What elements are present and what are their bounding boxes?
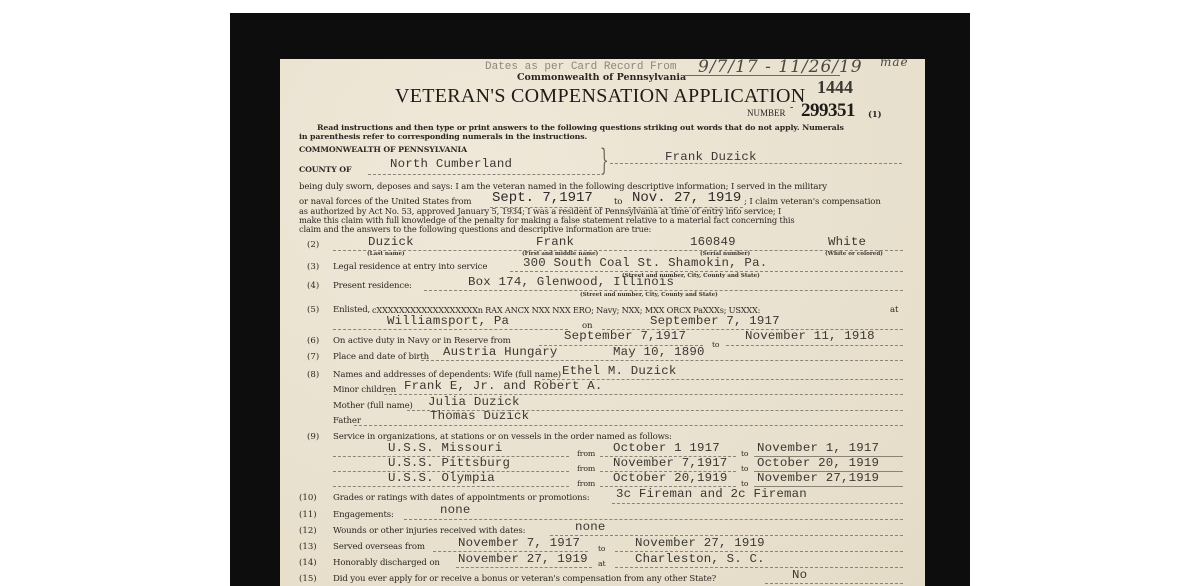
present-residence-field: Box 174, Glenwood, Illinois [468, 275, 674, 289]
commonwealth-heading: Commonwealth of Pennsylvania [517, 72, 686, 83]
active-duty-from-field: September 7,1917 [564, 329, 686, 343]
race-field: White [828, 235, 866, 249]
q3-underline [510, 271, 903, 272]
serial-number-field: 160849 [690, 235, 736, 249]
active-duty-to-field: November 11, 1918 [745, 329, 875, 343]
q13-label: Served overseas from [333, 542, 425, 552]
q14-label: Honorably discharged on [333, 558, 440, 568]
q14-date-underline [456, 567, 592, 568]
enlist-place-underline [333, 329, 568, 330]
q14-place-underline [615, 567, 903, 568]
q14-number: (14) [299, 558, 317, 568]
q10-underline [612, 503, 903, 504]
q15-number: (15) [299, 574, 317, 584]
q5-label: Enlisted, [333, 305, 370, 315]
enlistment-date-field: September 7, 1917 [650, 314, 780, 328]
q3-number: (3) [307, 262, 319, 272]
application-number: 299351 [801, 100, 855, 122]
overseas-from-field: November 7, 1917 [458, 536, 580, 550]
service-row-3-vessel: U.S.S. Olympia [388, 471, 495, 485]
served-from-field: Sept. 7,1917 [492, 190, 593, 206]
father-name-field: Thomas Duzick [430, 409, 529, 423]
q4-label: Present residence: [333, 281, 412, 291]
county-field: North Cumberland [390, 157, 512, 171]
number-ref: (1) [868, 109, 881, 119]
number-label: NUMBER [747, 108, 786, 118]
q6-to-underline [726, 345, 903, 346]
true-text: claim and the answers to the following q… [299, 224, 651, 234]
q7-number: (7) [307, 352, 319, 362]
q12-number: (12) [299, 526, 317, 536]
service-row-3-from-label: from [577, 479, 595, 488]
q5-at-label: at [890, 305, 898, 315]
q10-number: (10) [299, 493, 317, 503]
service-row-1-to-label: to [741, 449, 748, 458]
minor-children-field: Frank E, Jr. and Robert A. [404, 379, 603, 393]
service-row-2-from-label: from [577, 464, 595, 473]
q4-underline [424, 290, 903, 291]
q11-label: Engagements: [333, 510, 394, 520]
service-row-3-vessel-underline [333, 486, 569, 487]
form-title: VETERAN'S COMPENSATION APPLICATION [395, 85, 806, 108]
enlistment-place-field: Williamsport, Pa [387, 314, 509, 328]
county-underline [368, 174, 600, 175]
number-dash: - [790, 102, 793, 113]
q4-number: (4) [307, 281, 319, 291]
last-name-label: (Last name) [367, 251, 405, 257]
q3-label: Legal residence at entry into service [333, 262, 487, 272]
legal-residence-field: 300 South Coal St. Shamokin, Pa. [523, 256, 767, 270]
oath-state: COMMONWEALTH OF PENNSYLVANIA [299, 145, 467, 154]
q13-to-label: to [598, 544, 605, 553]
last-name-field: Duzick [368, 235, 414, 249]
instructions-line-1: Read instructions and then type or print… [317, 123, 844, 132]
service-row-1-vessel: U.S.S. Missouri [388, 441, 503, 455]
q4-sublabel: (Street and number, City, County and Sta… [580, 292, 718, 298]
service-row-3-to: November 27,1919 [757, 471, 879, 485]
instructions-line-2: in parenthesis refer to corresponding nu… [299, 132, 587, 141]
file-number: 1444 [817, 77, 853, 98]
grades-field: 3c Fireman and 2c Fireman [616, 487, 807, 501]
service-row-1-to: November 1, 1917 [757, 441, 879, 455]
q15-label: Did you ever apply for or receive a bonu… [333, 574, 716, 584]
race-label: (White or colored) [825, 251, 883, 257]
q6-to-label: to [712, 340, 719, 349]
q11-number: (11) [299, 510, 317, 520]
served-to-field: Nov. 27, 1919 [632, 190, 741, 206]
service-row-2-to-label: to [741, 464, 748, 473]
father-underline [354, 425, 903, 426]
mother-label: Mother (full name) [333, 401, 413, 411]
engagements-field: none [440, 503, 471, 517]
service-row-2-vessel: U.S.S. Pittsburg [388, 456, 510, 470]
mother-name-field: Julia Duzick [428, 395, 520, 409]
county-label: COUNTY OF [299, 165, 351, 174]
q9-number: (9) [307, 432, 319, 442]
clerk-initials: mae [880, 59, 909, 69]
service-row-1-from: October 1 1917 [613, 441, 720, 455]
first-name-field: Frank [536, 235, 574, 249]
q14-at-label: at [598, 559, 605, 568]
q12-label: Wounds or other injuries received with d… [333, 526, 525, 536]
q2-number: (2) [307, 240, 319, 250]
q7-label: Place and date of birth [333, 352, 429, 362]
service-row-3-from: October 20,1919 [613, 471, 728, 485]
q10-label: Grades or ratings with dates of appointm… [333, 493, 590, 503]
service-row-1-from-label: from [577, 449, 595, 458]
service-row-2-to: October 20, 1919 [757, 456, 879, 470]
q11-underline [404, 519, 903, 520]
q15-underline [765, 583, 903, 584]
brace-icon: } [600, 143, 609, 178]
q7-underline [421, 360, 903, 361]
discharge-date-field: November 27, 1919 [458, 552, 588, 566]
q5-number: (5) [307, 305, 319, 315]
birth-place-field: Austria Hungary [443, 345, 558, 359]
service-row-2-from: November 7,1917 [613, 456, 728, 470]
wife-name-field: Ethel M. Duzick [562, 364, 677, 378]
affiant-name-field: Frank Duzick [665, 150, 757, 164]
birth-date-field: May 10, 1890 [613, 345, 705, 359]
overseas-to-field: November 27, 1919 [635, 536, 765, 550]
q13-number: (13) [299, 542, 317, 552]
q6-number: (6) [307, 336, 319, 346]
application-form: Dates as per Card Record From 9/7/17 - 1… [280, 59, 925, 586]
q2-underline [333, 250, 903, 251]
other-state-bonus-field: No [792, 568, 807, 582]
q8-number: (8) [307, 370, 319, 380]
card-record-underline [685, 75, 840, 76]
discharge-place-field: Charleston, S. C. [635, 552, 765, 566]
wounds-field: none [575, 520, 606, 534]
